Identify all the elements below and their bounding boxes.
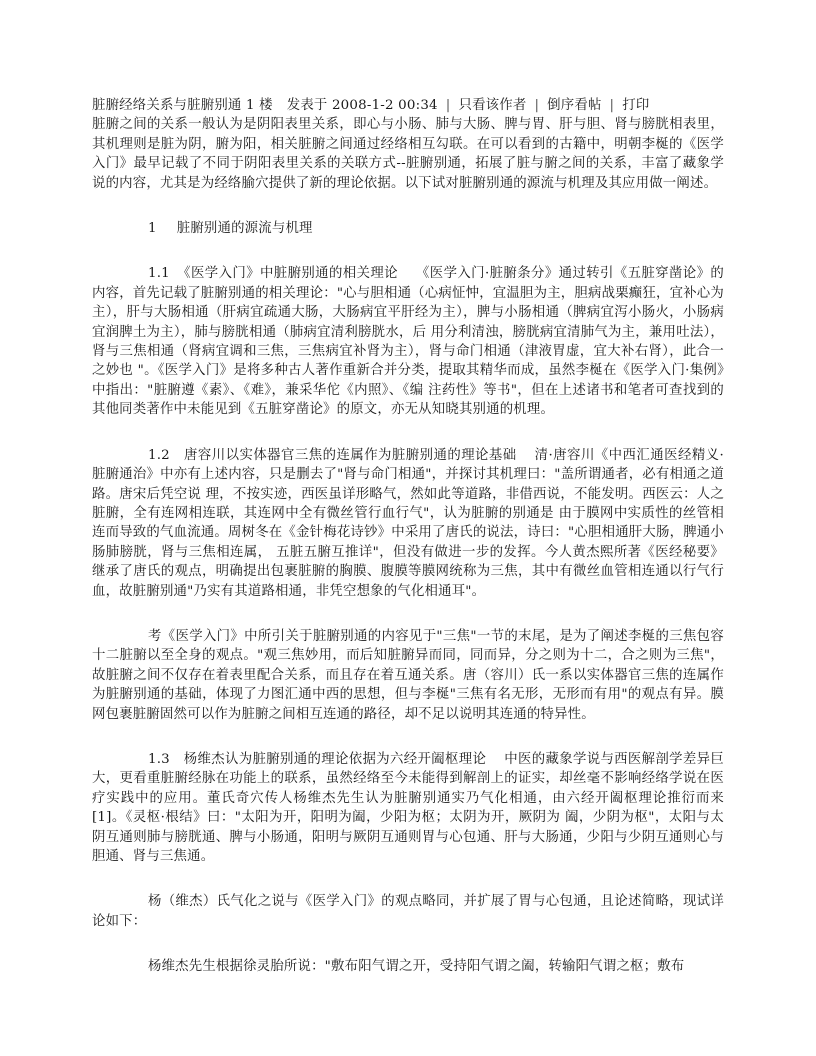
separator: | xyxy=(446,96,451,115)
section-title: 脏腑别通的源流与机理 xyxy=(177,221,313,236)
paragraph-text: 清·唐容川《中西汇通医经精义·脏腑通治》中亦有上述内容，只是删去了"肾与命门相通… xyxy=(92,448,724,599)
only-author-link[interactable]: 只看该作者 xyxy=(459,96,527,115)
post-title: 脏腑经络关系与脏腑别通 1 楼 xyxy=(92,96,273,115)
post-header: 脏腑经络关系与脏腑别通 1 楼 发表于 2008-1-2 00:34 | 只看该… xyxy=(92,96,724,115)
paragraph-yang-summary: 杨（维杰）氏气化之说与《医学入门》的观点略同，并扩展了胃与心包通，且论述简略，现… xyxy=(92,892,724,931)
reverse-order-link[interactable]: 倒序看帖 xyxy=(547,96,601,115)
paragraph-text: 杨维杰先生根据徐灵胎所说："敷布阳气谓之开，受持阳气谓之阖，转输阳气谓之枢；敷布 xyxy=(148,959,684,974)
paragraph-text: 中医的藏象学说与西医解剖学差异巨大，更看重脏腑经脉在功能上的联系，虽然经络至今未… xyxy=(92,752,724,864)
separator: | xyxy=(610,96,615,115)
document-page: 脏腑经络关系与脏腑别通 1 楼 发表于 2008-1-2 00:34 | 只看该… xyxy=(92,96,724,977)
paragraph-commentary: 考《医学入门》中所引关于脏腑别通的内容见于"三焦"一节的末尾，是为了阐述李梴的三… xyxy=(92,627,724,724)
intro-paragraph: 脏腑之间的关系一般认为是阴阳表里关系，即心与小肠、肺与大肠、脾与胃、肝与胆、肾与… xyxy=(92,115,724,193)
subsection-title: 1.2 唐容川以实体器官三焦的连属作为脏腑别通的理论基础 xyxy=(148,448,517,463)
paragraph-1-1: 1.1 《医学入门》中脏腑别通的相关理论《医学入门·脏腑条分》通过转引《五脏穿凿… xyxy=(92,264,724,419)
paragraph-text: 考《医学入门》中所引关于脏腑别通的内容见于"三焦"一节的末尾，是为了阐述李梴的三… xyxy=(92,629,724,722)
paragraph-text: 《医学入门·脏腑条分》通过转引《五脏穿凿论》的内容，首先记载了脏腑别通的相关理论… xyxy=(92,266,724,417)
subsection-title: 1.3 杨维杰认为脏腑别通的理论依据为六经开阖枢理论 xyxy=(148,752,486,767)
posted-date: 发表于 2008-1-2 00:34 xyxy=(287,96,438,115)
print-link[interactable]: 打印 xyxy=(622,96,649,115)
section-heading: 1脏腑别通的源流与机理 xyxy=(92,219,724,238)
subsection-title: 1.1 《医学入门》中脏腑别通的相关理论 xyxy=(148,266,398,281)
section-number: 1 xyxy=(148,221,157,236)
paragraph-text: 杨（维杰）氏气化之说与《医学入门》的观点略同，并扩展了胃与心包通，且论述简略，现… xyxy=(92,894,724,928)
separator: | xyxy=(534,96,539,115)
paragraph-1-2: 1.2 唐容川以实体器官三焦的连属作为脏腑别通的理论基础清·唐容川《中西汇通医经… xyxy=(92,446,724,601)
paragraph-yang-detail: 杨维杰先生根据徐灵胎所说："敷布阳气谓之开，受持阳气谓之阖，转输阳气谓之枢；敷布 xyxy=(92,957,724,976)
paragraph-1-3: 1.3 杨维杰认为脏腑别通的理论依据为六经开阖枢理论中医的藏象学说与西医解剖学差… xyxy=(92,750,724,866)
